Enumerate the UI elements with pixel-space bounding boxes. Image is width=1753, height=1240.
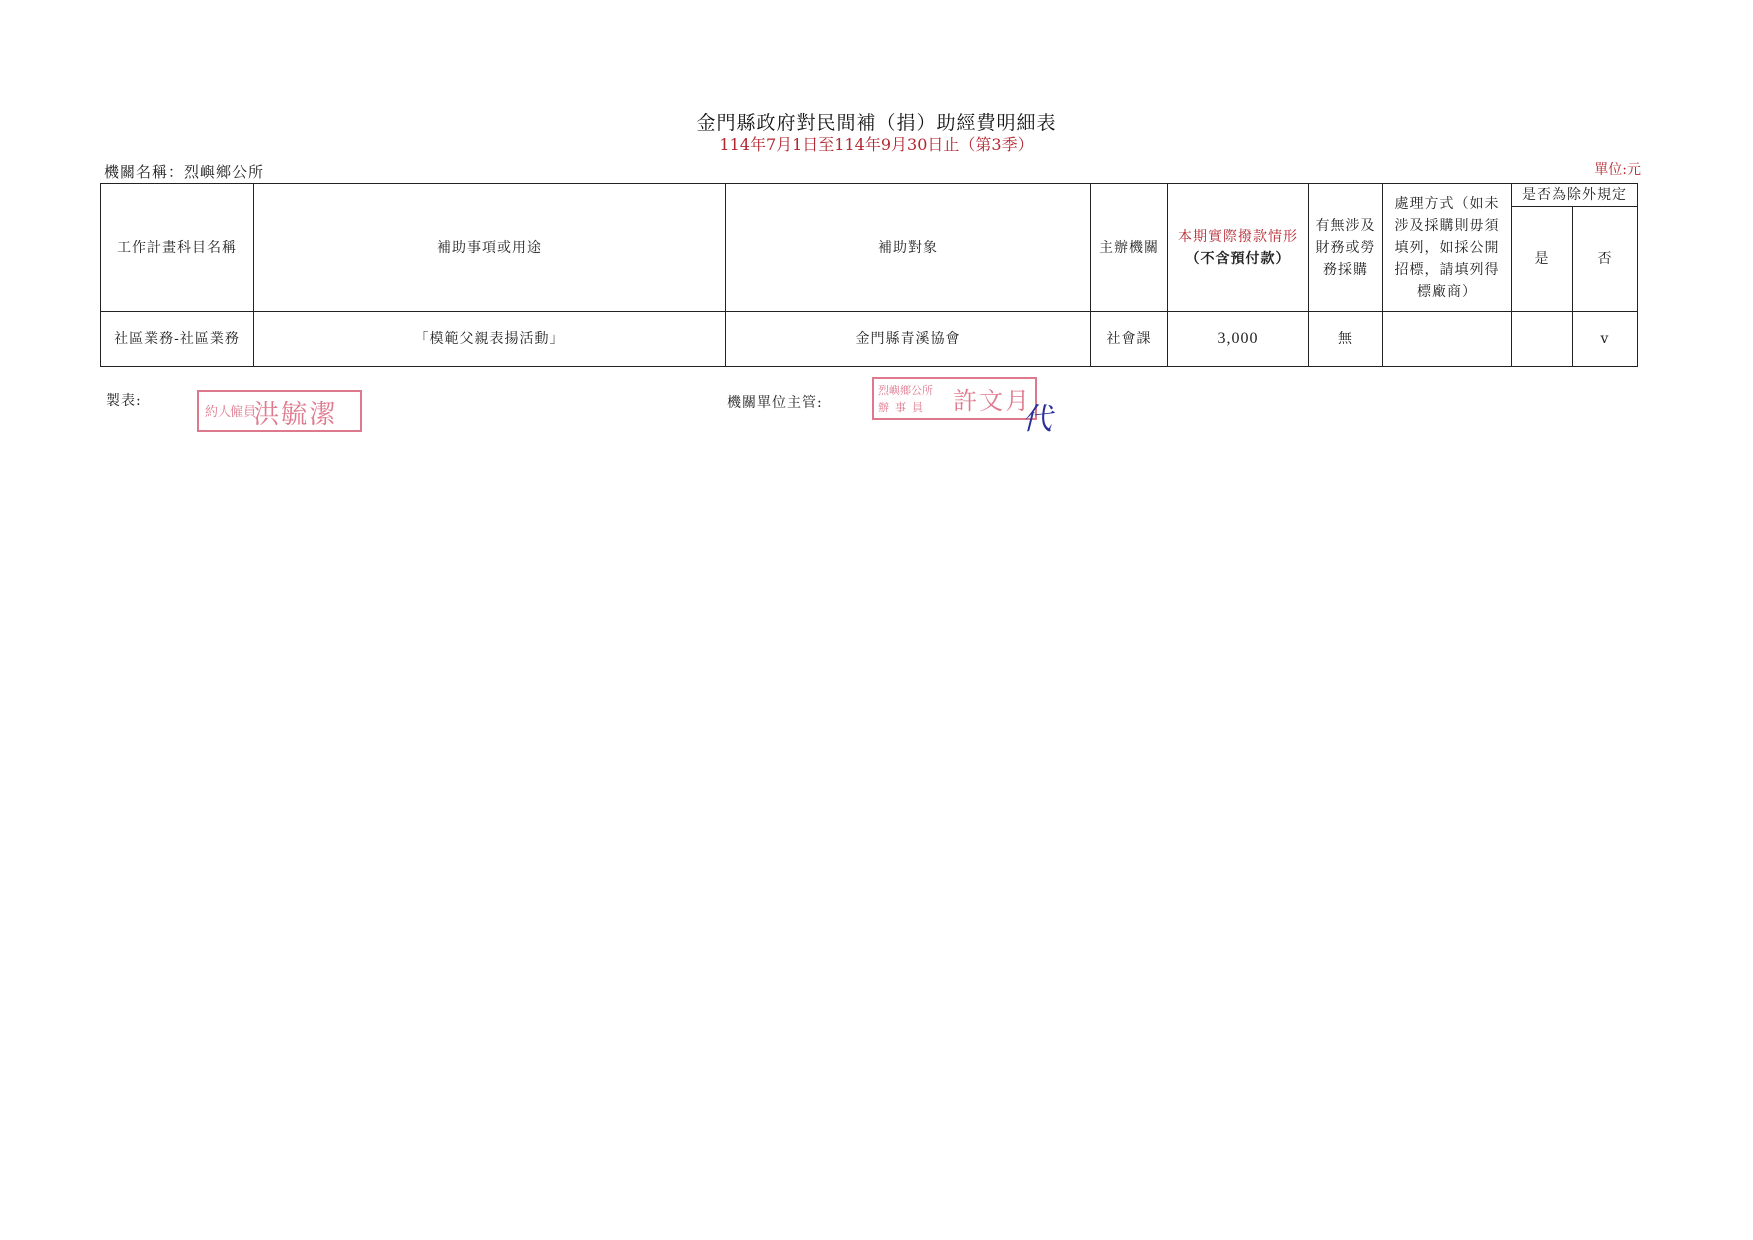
header-actual-payment-line1: 本期實際撥款情形	[1170, 226, 1306, 248]
header-recipient: 補助對象	[726, 184, 1091, 312]
cell-work-plan: 社區業務-社區業務	[101, 312, 254, 367]
unit-label: 單位:元	[1594, 159, 1641, 179]
cell-handling	[1383, 312, 1512, 367]
cell-actual-payment: 3,000	[1168, 312, 1309, 367]
cell-recipient: 金門縣青溪協會	[726, 312, 1091, 367]
subsidy-table: 工作計畫科目名稱 補助事項或用途 補助對象 主辦機關 本期實際撥款情形 （不含預…	[100, 183, 1638, 367]
header-exception-yes: 是	[1512, 207, 1573, 312]
preparer-stamp-name: 洪毓潔	[253, 400, 337, 430]
supervisor-label: 機關單位主管:	[727, 392, 823, 412]
header-work-plan: 工作計畫科目名稱	[101, 184, 254, 312]
cell-purpose: 「模範父親表揚活動」	[254, 312, 726, 367]
cell-procurement: 無	[1309, 312, 1383, 367]
cell-organizer: 社會課	[1091, 312, 1168, 367]
supervisor-stamp-name: 許文月	[953, 387, 1031, 415]
header-handling: 處理方式（如未涉及採購則毋須填列，如採公開招標，請填列得標廠商）	[1383, 184, 1512, 312]
preparer-stamp-title-2: 僱員	[230, 405, 244, 421]
supervisor-stamp-title-1: 烈嶼鄉公所	[878, 384, 933, 397]
header-organizer: 主辦機關	[1091, 184, 1168, 312]
header-actual-payment-line2: （不含預付款）	[1170, 248, 1306, 270]
preparer-stamp-title-1: 約人	[205, 405, 219, 421]
header-exception-group: 是否為除外規定	[1512, 184, 1638, 207]
document-period: 114年7月1日至114年9月30日止（第3季）	[0, 132, 1753, 155]
supervisor-stamp-title-2: 辦事員	[878, 401, 929, 414]
agency-name: 機關名稱：烈嶼鄉公所	[104, 161, 264, 182]
preparer-label: 製表:	[106, 390, 142, 410]
document-title: 金門縣政府對民間補（捐）助經費明細表	[0, 108, 1753, 135]
header-purpose: 補助事項或用途	[254, 184, 726, 312]
header-procurement: 有無涉及財務或勞務採購	[1309, 184, 1383, 312]
header-actual-payment: 本期實際撥款情形 （不含預付款）	[1168, 184, 1309, 312]
cell-exception-yes	[1512, 312, 1573, 367]
preparer-stamp: 約人 僱員 洪毓潔	[197, 390, 362, 432]
cell-exception-no: v	[1573, 312, 1638, 367]
supervisor-stamp: 烈嶼鄉公所 辦事員 許文月	[872, 377, 1037, 420]
header-exception-no: 否	[1573, 207, 1638, 312]
supervisor-initial: 代	[1022, 394, 1052, 438]
table-row: 社區業務-社區業務 「模範父親表揚活動」 金門縣青溪協會 社會課 3,000 無…	[101, 312, 1638, 367]
